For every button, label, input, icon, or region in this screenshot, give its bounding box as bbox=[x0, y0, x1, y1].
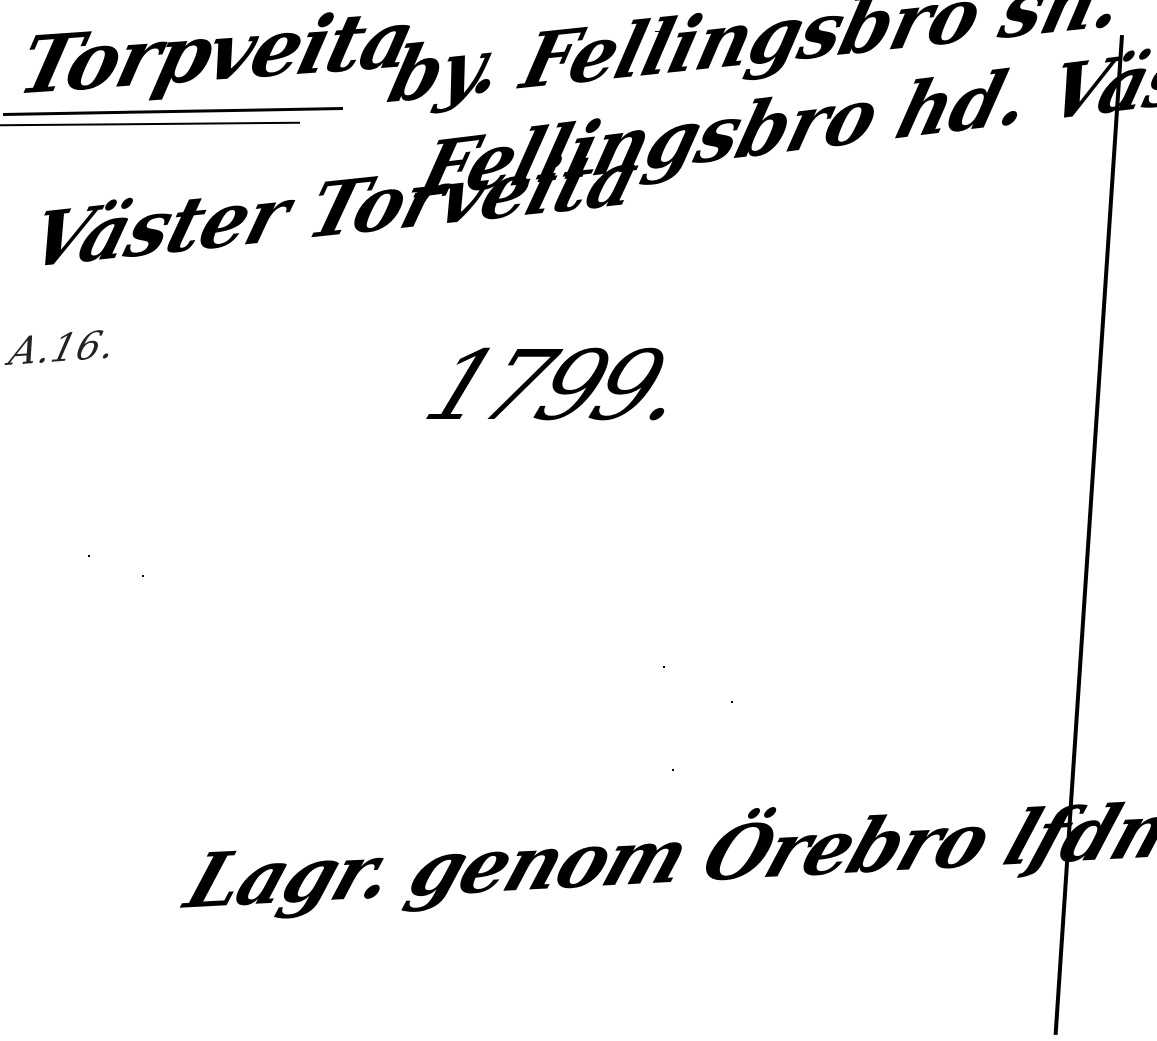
scan-speck bbox=[88, 555, 90, 557]
scan-speck bbox=[142, 575, 144, 577]
archive-reference: A.16. bbox=[5, 322, 121, 374]
alternate-name-line: Väster Torveita bbox=[20, 133, 649, 286]
scan-speck bbox=[663, 666, 665, 668]
title-underline-2 bbox=[0, 122, 300, 127]
document-year: 1799. bbox=[410, 330, 700, 442]
margin-rule-line bbox=[1054, 35, 1124, 1035]
document-page: Torpveita by. Fellingsbro sn. Fellingsbr… bbox=[0, 0, 1157, 1041]
provenance-note: Lagr. genom Örebro lfdm. bbox=[175, 785, 1157, 926]
scan-speck bbox=[655, 31, 667, 32]
title-place-name: Torpveita bbox=[10, 0, 422, 113]
scan-speck bbox=[731, 701, 733, 703]
scan-speck bbox=[672, 769, 674, 771]
